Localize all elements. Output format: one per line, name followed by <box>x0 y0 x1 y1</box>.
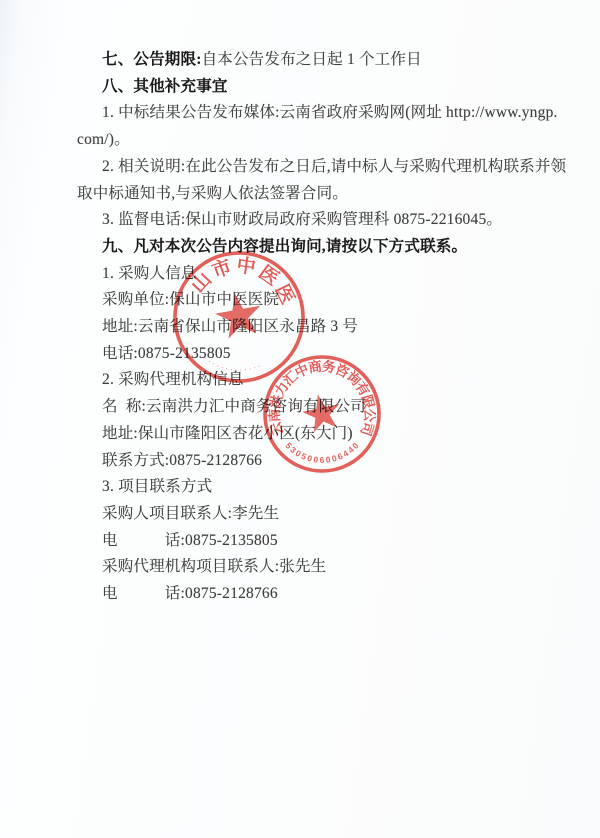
doc-line: 采购人项目联系人:李先生 <box>77 501 566 528</box>
star-icon <box>299 390 344 433</box>
body-text: 采购人项目联系人:李先生 <box>102 505 279 522</box>
body-text: 3. 项目联系方式 <box>102 478 212 495</box>
body-text: 1. 中标结果公告发布媒体:云南省政府采购网(网址 http://www.yng… <box>102 104 558 121</box>
doc-line: 采购单位:保山市中医医院 <box>77 287 566 314</box>
body-text: com/)。 <box>77 131 130 148</box>
heading-text: 八、其他补充事宜 <box>102 78 228 95</box>
body-text: 取中标通知书,与采购人依法签署合同。 <box>77 185 348 202</box>
doc-line: com/)。 <box>77 127 566 154</box>
document-page: 七、公告期限:自本公告发布之日起 1 个工作日八、其他补充事宜1. 中标结果公告… <box>0 0 600 838</box>
body-text: 联系方式:0875-2128766 <box>102 452 262 469</box>
doc-line: 电 话:0875-2135805 <box>77 528 566 555</box>
doc-line: 1. 采购人信息 <box>77 261 566 288</box>
doc-line: 1. 中标结果公告发布媒体:云南省政府采购网(网址 http://www.yng… <box>77 100 566 127</box>
doc-line: 2. 相关说明:在此公告发布之日后,请中标人与采购代理机构联系并领 <box>77 154 566 181</box>
doc-line: 八、其他补充事宜 <box>77 74 566 101</box>
body-text: 采购代理机构项目联系人:张先生 <box>102 558 326 575</box>
body-text: 2. 相关说明:在此公告发布之日后,请中标人与采购代理机构联系并领 <box>102 158 566 175</box>
seal-graphic: 云南洪力汇中商务咨询有限公司 5305006006440 <box>257 349 387 479</box>
doc-line: 七、公告期限:自本公告发布之日起 1 个工作日 <box>77 47 566 74</box>
doc-line: 九、凡对本次公告内容提出询问,请按以下方式联系。 <box>77 234 566 261</box>
star-icon <box>212 289 265 340</box>
doc-line: 电 话:0875-2128766 <box>77 581 566 608</box>
heading-text: 七、公告期限: <box>102 51 202 68</box>
agency-official-seal: 云南洪力汇中商务咨询有限公司 5305006006440 <box>257 349 387 479</box>
body-text: 3. 监督电话:保山市财政局政府采购管理科 0875-2216045。 <box>102 211 502 228</box>
doc-line: 3. 监督电话:保山市财政局政府采购管理科 0875-2216045。 <box>77 207 566 234</box>
body-text: 电 话:0875-2135805 <box>102 532 278 549</box>
doc-line: 取中标通知书,与采购人依法签署合同。 <box>77 181 566 208</box>
body-text: 电 话:0875-2128766 <box>102 585 278 602</box>
doc-line: 采购代理机构项目联系人:张先生 <box>77 554 566 581</box>
doc-line: 地址:云南省保山市隆阳区永昌路 3 号 <box>77 314 566 341</box>
body-text: 自本公告发布之日起 1 个工作日 <box>202 51 422 68</box>
seal-code-text: 5305006006440 <box>283 440 360 465</box>
document-body: 七、公告期限:自本公告发布之日起 1 个工作日八、其他补充事宜1. 中标结果公告… <box>77 47 566 608</box>
